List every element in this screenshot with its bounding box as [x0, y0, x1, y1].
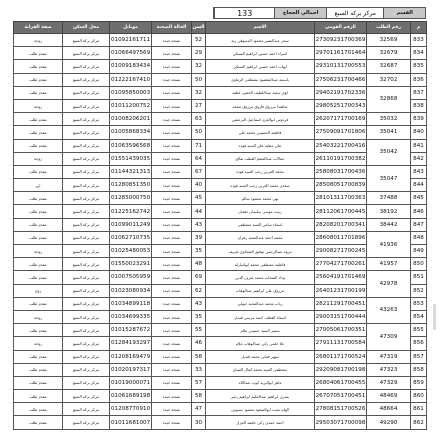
residence-cell: مركز بركه السبع	[63, 297, 110, 310]
residence-cell: مركز بركه السبع	[63, 152, 110, 165]
health-cell: بصحة جيده	[152, 231, 192, 244]
age-cell: 58	[192, 350, 206, 363]
age-cell: 64	[192, 152, 206, 165]
residence-cell: مركز بركه السبع	[63, 73, 110, 86]
health-cell: بصحة جيده	[152, 416, 192, 429]
health-cell: بصحة جيده	[152, 363, 192, 376]
health-cell: بصحة جيده	[152, 113, 192, 126]
serial-cell: 842	[411, 152, 427, 165]
serial-cell: 849	[411, 245, 427, 258]
residence-cell: مركز بركه السبع	[63, 258, 110, 271]
mobile-cell: 01025480053	[110, 245, 152, 258]
residence-cell: مركز بركه السبع	[63, 60, 110, 73]
age-cell: 71	[192, 139, 206, 152]
table-row: 8333256927309231700369سحر عبدالبصير محمو…	[14, 34, 427, 47]
mobile-cell: 01023080934	[110, 284, 152, 297]
health-cell: بصحة جيده	[152, 47, 192, 60]
age-cell: 58	[192, 390, 206, 403]
serial-cell: 835	[411, 60, 427, 73]
header-health: الحالة الصحية	[152, 22, 192, 34]
national-id-cell: 27911131700584	[315, 337, 367, 350]
table-row: 8453748828101311700363نهى محمد محمود سال…	[14, 192, 427, 205]
relation-cell: مقدم طلب	[14, 271, 63, 284]
health-cell: بصحة جيده	[152, 376, 192, 389]
mobile-cell: 01099011249	[110, 218, 152, 231]
name-cell: فاطمة الحسيني محمد علي	[206, 126, 315, 139]
name-cell: سهير فتحي محمد قنديل	[206, 350, 315, 363]
table-row: 8403504127509091701806فاطمة الحسيني محمد…	[14, 126, 427, 139]
residence-cell: مركز بركه السبع	[63, 376, 110, 389]
name-cell: اسراء احمد حسين ابراهيم السبكي	[206, 47, 315, 60]
name-cell: ماهر ابواليزيد ايوب عبداللاه	[206, 376, 315, 389]
request-no-cell: 47323	[367, 363, 411, 376]
pilgrims-table: م رقم الطلب الرقم القومي الاسم السن الحا…	[13, 21, 427, 430]
age-cell: 35	[192, 245, 206, 258]
health-cell: بصحة جيده	[152, 271, 192, 284]
national-id-cell: 26804061700455	[315, 376, 367, 389]
residence-cell: مركز بركه السبع	[63, 284, 110, 297]
name-cell: مروه عبدالرحمن توفيق الشحاوي شريف	[206, 245, 315, 258]
header-residence: محل السكن	[63, 22, 110, 34]
national-id-cell: 29805251700343	[315, 99, 367, 112]
relation-cell: ابن	[14, 179, 63, 192]
table-row: 8514297825604191701469وداد الشحات محمد ش…	[14, 271, 427, 284]
request-no-cell: 35041	[367, 126, 411, 139]
national-id-cell: 27808151700526	[315, 403, 367, 416]
serial-cell: 857	[411, 350, 427, 363]
health-cell: بصحة جيده	[152, 403, 192, 416]
relation-cell: زوج	[14, 284, 63, 297]
relation-cell: مقدم طلب	[14, 47, 63, 60]
name-cell: شاهندا مرزوق فاروق مرزوق محمد	[206, 99, 315, 112]
age-cell: 67	[192, 165, 206, 178]
residence-cell: مركز بركه السبع	[63, 231, 110, 244]
residence-cell: مركز بركه السبع	[63, 390, 110, 403]
age-cell: 55	[192, 324, 206, 337]
residence-cell: مركز بركه السبع	[63, 403, 110, 416]
serial-cell: 856	[411, 337, 427, 350]
name-cell: سمير السيد حسيني علام	[206, 324, 315, 337]
table-row: 8393503226207171700169فردوس ابوالعزم اسم…	[14, 113, 427, 126]
residence-cell: مركز بركه السبع	[63, 126, 110, 139]
name-cell: محمد العربي رجب السيد فوده	[206, 165, 315, 178]
header-serial: م	[411, 22, 427, 34]
mobile-cell: 01208169479	[110, 350, 152, 363]
name-cell: فاطمة مصطفى محمد ابواسارله	[206, 258, 315, 271]
serial-cell: 838	[411, 99, 427, 112]
table-row: 84929008271700245مروه عبدالرحمن توفيق ال…	[14, 245, 427, 258]
table-row: 8353268729310131700553ايهاب احمد حسين اب…	[14, 60, 427, 73]
residence-cell: مركز بركه السبع	[63, 205, 110, 218]
age-cell: 35	[192, 310, 206, 323]
age-cell: 63	[192, 113, 206, 126]
request-no-cell: 32868	[367, 86, 411, 112]
request-no-cell: 32687	[367, 60, 411, 73]
request-no-cell: 32702	[367, 73, 411, 86]
table-row: 8484193628608011701896محمد احمد عبدالحمي…	[14, 231, 427, 244]
table-row: 8373286829402191702336لؤي سعيد عبداللطيف…	[14, 86, 427, 99]
relation-cell: مقدم طلب	[14, 403, 63, 416]
table-row: 84428508051700839سعدي محمد العربي رجب ال…	[14, 179, 427, 192]
table-body: 8333256927309231700369سحر عبدالبصير محمو…	[14, 34, 427, 430]
serial-cell: 861	[411, 403, 427, 416]
relation-cell: مقدم طلب	[14, 231, 63, 244]
name-cell: علا حلمي زكي عبدالوهاب علام	[206, 337, 315, 350]
national-id-cell: 26207171700169	[315, 113, 367, 126]
residence-cell: مركز بركه السبع	[63, 350, 110, 363]
national-id-cell: 28208201700341	[315, 218, 367, 231]
relation-cell: مقدم طلب	[14, 376, 63, 389]
serial-cell: 847	[411, 218, 427, 231]
residence-cell: مركز بركه السبع	[63, 139, 110, 152]
name-cell: ياسمه عبدالمقصود مصطفى الرماوي	[206, 73, 315, 86]
mobile-cell: 01011681007	[110, 416, 152, 429]
age-cell: 45	[192, 192, 206, 205]
national-id-cell: 27309231700369	[315, 34, 367, 47]
health-cell: بصحة جيده	[152, 99, 192, 112]
residence-cell: مركز بركه السبع	[63, 218, 110, 231]
relation-cell: مقدم طلب	[14, 126, 63, 139]
health-cell: بصحة جيده	[152, 192, 192, 205]
residence-cell: مركز بركه السبع	[63, 271, 110, 284]
relation-cell: زوجة	[14, 245, 63, 258]
relation-cell: مقدم طلب	[14, 390, 63, 403]
age-cell: 46	[192, 337, 206, 350]
residence-cell: مركز بركه السبع	[63, 192, 110, 205]
serial-cell: 852	[411, 284, 427, 297]
national-id-cell: 26707051700451	[315, 390, 367, 403]
national-id-cell: 26110191700382	[315, 152, 367, 165]
national-id-cell: 29701161701464	[315, 47, 367, 60]
request-no-cell: 42978	[367, 271, 411, 297]
header-request-no: رقم الطلب	[367, 22, 411, 34]
national-id-cell: 27509091701806	[315, 126, 367, 139]
relation-cell: مقدم طلب	[14, 205, 63, 218]
request-no-cell: 41957	[367, 258, 411, 271]
table-row: 8614866427808151700526الهام نجيب ابوالسع…	[14, 403, 427, 416]
health-cell: بصحة جيده	[152, 284, 192, 297]
mobile-cell: 01008206201	[110, 113, 152, 126]
national-id-cell: 28211291700451	[315, 297, 367, 310]
mobile-cell: 01062710735	[110, 231, 152, 244]
table-row: 8534326328211291700451رباب محمد عبدالمجي…	[14, 297, 427, 310]
name-cell: مصطفى السيد محمد كمال الصباغ	[206, 363, 315, 376]
header-age: السن	[192, 22, 206, 34]
health-cell: بصحة جيده	[152, 139, 192, 152]
age-cell: 40	[192, 179, 206, 192]
mobile-cell: 01011200752	[110, 99, 152, 112]
health-cell: بصحة جيده	[152, 390, 192, 403]
table-row: 8624929029503071700098احمد حمدي زكي خليف…	[14, 416, 427, 429]
serial-cell: 850	[411, 258, 427, 271]
mobile-cell: 01222167410	[110, 73, 152, 86]
national-id-cell: 25604191701469	[315, 271, 367, 284]
residence-cell: مركز بركه السبع	[63, 310, 110, 323]
name-cell: احمد حمدي زكي خليفه الجزار	[206, 416, 315, 429]
name-cell: يسري ابراهيم عبدالحليم ابراهيم زغير	[206, 390, 315, 403]
national-id-cell: 27506231700466	[315, 73, 367, 86]
age-cell: 32	[192, 86, 206, 99]
table-row: 83829805251700343شاهندا مرزوق فاروق مرزو…	[14, 99, 427, 112]
health-cell: بصحة جيده	[152, 258, 192, 271]
mobile-cell: 01285000750	[110, 192, 152, 205]
serial-cell: 862	[411, 416, 427, 429]
health-cell: بصحة جيده	[152, 60, 192, 73]
table-row: 8574731926801171700524سهير فتحي محمد قند…	[14, 350, 427, 363]
request-no-cell: 32569	[367, 34, 411, 47]
mobile-cell: 01034899118	[110, 297, 152, 310]
health-cell: بصحة جيده	[152, 350, 192, 363]
age-cell: 39	[192, 231, 206, 244]
mobile-cell: 01550023291	[110, 258, 152, 271]
request-no-cell: 47319	[367, 350, 411, 363]
table-row: 8413504225403221700416علي عطيه علي السيد…	[14, 139, 427, 152]
header-national-id: الرقم القومي	[315, 22, 367, 34]
section-label: القسم	[383, 8, 425, 18]
relation-cell: مقدم طلب	[14, 60, 63, 73]
age-cell: 50	[192, 73, 206, 86]
request-no-cell: 43263	[367, 297, 411, 323]
name-cell: فردوس ابوالعزم اسماعيل البرعشي	[206, 113, 315, 126]
serial-cell: 859	[411, 376, 427, 389]
residence-cell: مركز بركه السبع	[63, 337, 110, 350]
national-id-cell: 29008271700245	[315, 245, 367, 258]
national-id-cell: 25403221700416	[315, 139, 367, 152]
table-row: 8554730927005061700351سمير السيد حسيني ع…	[14, 324, 427, 337]
residence-cell: مركز بركه السبع	[63, 165, 110, 178]
table-row: 8504195727704271700261فاطمة مصطفى محمد ا…	[14, 258, 427, 271]
request-no-cell: 48469	[367, 390, 411, 403]
national-id-cell: 29402191702336	[315, 86, 367, 99]
health-cell: بصحة جيده	[152, 297, 192, 310]
header-mobile: موبايل	[110, 22, 152, 34]
table-row: 8473844228208201700341اسماء سامي السيد م…	[14, 218, 427, 231]
request-no-cell: 38442	[367, 218, 411, 231]
age-cell: 69	[192, 271, 206, 284]
relation-cell: زوجة	[14, 34, 63, 47]
age-cell: 30	[192, 416, 206, 429]
mobile-cell: 01551439035	[110, 152, 152, 165]
relation-cell: مقدم طلب	[14, 73, 63, 86]
national-id-cell: 29209081700198	[315, 363, 367, 376]
name-cell: اسماء القطب احمد مرسي قنديل	[206, 310, 315, 323]
name-cell: رباب محمد عبدالمجيد جويلي	[206, 297, 315, 310]
health-cell: بصحة جيده	[152, 34, 192, 47]
table-row: 8463819228112061700445زينب موسى سليمان د…	[14, 205, 427, 218]
request-no-cell: 38192	[367, 205, 411, 218]
table-row: 84226110191700382جمالات عبدالمنعم القطب …	[14, 152, 427, 165]
summary-bar: القسم مركز بركه السبع اجمالي الحجاج 133	[213, 7, 426, 19]
mobile-cell: 01007505959	[110, 271, 152, 284]
age-cell: 43	[192, 218, 206, 231]
name-cell: جمالات عبدالمنعم القطب صالح	[206, 152, 315, 165]
mobile-cell: 01144321313	[110, 165, 152, 178]
mobile-cell: 01092161711	[110, 34, 152, 47]
mobile-cell: 01095850003	[110, 86, 152, 99]
name-cell: نهى محمد محمود سالم	[206, 192, 315, 205]
residence-cell: مركز بركه السبع	[63, 179, 110, 192]
serial-cell: 843	[411, 165, 427, 178]
age-cell: 62	[192, 284, 206, 297]
request-no-cell: 32679	[367, 47, 411, 60]
national-id-cell: 29503071700098	[315, 416, 367, 429]
national-id-cell: 28508051700839	[315, 179, 367, 192]
relation-cell: زوجة	[14, 310, 63, 323]
relation-cell: مقدم طلب	[14, 297, 63, 310]
relation-cell: مقدم طلب	[14, 258, 63, 271]
age-cell: 44	[192, 205, 206, 218]
table-row: 8604846926707051700451يسري ابراهيم عبدال…	[14, 390, 427, 403]
mobile-cell: 01066497569	[110, 47, 152, 60]
serial-cell: 837	[411, 86, 427, 99]
serial-cell: 853	[411, 297, 427, 310]
national-id-cell: 29003151700444	[315, 310, 367, 323]
serial-cell: 833	[411, 34, 427, 47]
national-id-cell: 25808031700436	[315, 165, 367, 178]
age-cell: 50	[192, 126, 206, 139]
name-cell: سعدي محمد العربي رجب السيد فوده	[206, 179, 315, 192]
name-cell: محمد احمد عبدالحميد زهران	[206, 231, 315, 244]
mobile-cell: 01063596568	[110, 139, 152, 152]
table-header-row: م رقم الطلب الرقم القومي الاسم السن الحا…	[14, 22, 427, 34]
national-id-cell: 28112061700445	[315, 205, 367, 218]
age-cell: 27	[192, 99, 206, 112]
request-no-cell: 35047	[367, 165, 411, 191]
relation-cell: مقدم طلب	[14, 86, 63, 99]
mobile-cell: 01019000071	[110, 376, 152, 389]
table-row: 8584732329209081700198مصطفى السيد محمد ك…	[14, 363, 427, 376]
residence-cell: مركز بركه السبع	[63, 86, 110, 99]
health-cell: بصحة جيده	[152, 179, 192, 192]
total-value: 133	[214, 8, 274, 18]
relation-cell: زوجة	[14, 152, 63, 165]
mobile-cell: 01225162742	[110, 205, 152, 218]
national-id-cell: 27005061700351	[315, 324, 367, 337]
age-cell: 32	[192, 60, 206, 73]
section-value: مركز بركه السبع	[326, 8, 383, 18]
residence-cell: مركز بركه السبع	[63, 324, 110, 337]
name-cell: علي عطيه علي السيد فوده	[206, 139, 315, 152]
age-cell: 43	[192, 297, 206, 310]
health-cell: بصحة جيده	[152, 126, 192, 139]
age-cell: 33	[192, 363, 206, 376]
national-id-cell: 28101311700363	[315, 192, 367, 205]
age-cell: 47	[192, 403, 206, 416]
serial-cell: 848	[411, 231, 427, 244]
mobile-cell: 01034699335	[110, 310, 152, 323]
mobile-cell: 01009183434	[110, 60, 152, 73]
national-id-cell: 26401231700199	[315, 284, 367, 297]
name-cell: وداد الشحات محمد شرف الدين	[206, 271, 315, 284]
relation-cell: مقدم طلب	[14, 165, 63, 178]
health-cell: بصحة جيده	[152, 152, 192, 165]
table-row: 8343267929701161701464اسراء احمد حسين اب…	[14, 47, 427, 60]
relation-cell: مقدم طلب	[14, 350, 63, 363]
serial-cell: 858	[411, 363, 427, 376]
serial-cell: 836	[411, 73, 427, 86]
relation-cell: مقدم طلب	[14, 113, 63, 126]
table-row: 85429003151700444اسماء القطب احمد مرسي ق…	[14, 310, 427, 323]
health-cell: بصحة جيده	[152, 205, 192, 218]
table-row: 85226401231700199مرزوق علي ابراهيم عبدال…	[14, 284, 427, 297]
name-cell: مرزوق علي ابراهيم عبدالوهاب	[206, 284, 315, 297]
mobile-cell: 01208770910	[110, 403, 152, 416]
header-name: الاسم	[206, 22, 315, 34]
relation-cell: مقدم طلب	[14, 218, 63, 231]
name-cell: سحر عبدالبصير محمود الدسوقي ربه	[206, 34, 315, 47]
table-row: 85627911131700584علا حلمي زكي عبدالوهاب …	[14, 337, 427, 350]
age-cell: 29	[192, 47, 206, 60]
table-row: 8433504725808031700436محمد العربي رجب ال…	[14, 165, 427, 178]
residence-cell: مركز بركه السبع	[63, 34, 110, 47]
health-cell: بصحة جيده	[152, 218, 192, 231]
table-row: 8594732926804061700455ماهر ابواليزيد ايو…	[14, 376, 427, 389]
health-cell: بصحة جيده	[152, 86, 192, 99]
national-id-cell: 28608011701896	[315, 231, 367, 244]
request-no-cell: 37488	[367, 192, 411, 205]
scrollbar-thumb[interactable]	[433, 304, 436, 330]
age-cell: 48	[192, 258, 206, 271]
relation-cell: مقدم طلب	[14, 324, 63, 337]
serial-cell: 854	[411, 310, 427, 323]
residence-cell: مركز بركه السبع	[63, 113, 110, 126]
health-cell: بصحة جيده	[152, 165, 192, 178]
serial-cell: 841	[411, 139, 427, 152]
serial-cell: 834	[411, 47, 427, 60]
health-cell: بصحة جيده	[152, 73, 192, 86]
serial-cell: 840	[411, 126, 427, 139]
relation-cell: مقدم طلب	[14, 363, 63, 376]
serial-cell: 844	[411, 179, 427, 192]
request-no-cell: 47329	[367, 376, 411, 389]
mobile-cell: 01005868334	[110, 126, 152, 139]
header-relation: صفة القرابة	[14, 22, 63, 34]
serial-cell: 839	[411, 113, 427, 126]
mobile-cell: 01280851350	[110, 179, 152, 192]
relation-cell: مقدم طلب	[14, 416, 63, 429]
mobile-cell: 01284193297	[110, 337, 152, 350]
relation-cell: مقدم طلب	[14, 192, 63, 205]
mobile-cell: 01015287672	[110, 324, 152, 337]
residence-cell: مركز بركه السبع	[63, 416, 110, 429]
serial-cell: 851	[411, 271, 427, 284]
request-no-cell: 41936	[367, 231, 411, 257]
table-row: 8363270227506231700466ياسمه عبدالمقصود م…	[14, 73, 427, 86]
age-cell: 52	[192, 34, 206, 47]
residence-cell: مركز بركه السبع	[63, 47, 110, 60]
age-cell: 57	[192, 376, 206, 389]
national-id-cell: 27704271700261	[315, 258, 367, 271]
request-no-cell: 35032	[367, 113, 411, 126]
relation-cell: زوجة	[14, 337, 63, 350]
name-cell: لؤي سعيد عبداللطيف الحفني عطيه	[206, 86, 315, 99]
name-cell: الهام نجيب ابوالسعود محمود بسيوني	[206, 403, 315, 416]
national-id-cell: 26801171700524	[315, 350, 367, 363]
relation-cell: مقدم طلب	[14, 139, 63, 152]
mobile-cell: 01061689198	[110, 390, 152, 403]
residence-cell: مركز بركه السبع	[63, 245, 110, 258]
name-cell: ايهاب احمد حسين ابراهيم السبكي	[206, 60, 315, 73]
health-cell: بصحة جيده	[152, 310, 192, 323]
request-no-cell: 48664	[367, 403, 411, 416]
health-cell: بصحة جيده	[152, 245, 192, 258]
request-no-cell: 35042	[367, 139, 411, 165]
serial-cell: 860	[411, 390, 427, 403]
residence-cell: مركز بركه السبع	[63, 363, 110, 376]
health-cell: بصحة جيده	[152, 337, 192, 350]
national-id-cell: 29310131700553	[315, 60, 367, 73]
name-cell: اسماء سامي السيد مصطفى	[206, 218, 315, 231]
